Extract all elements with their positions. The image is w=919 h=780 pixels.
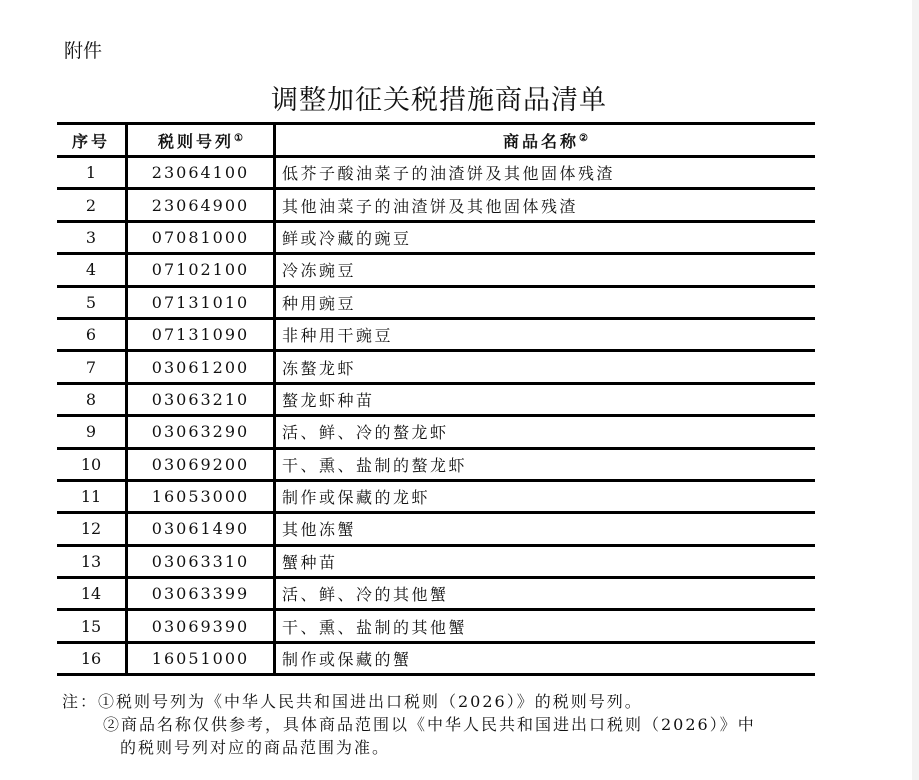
scrollbar-track[interactable] bbox=[912, 0, 919, 780]
cell-code: 23064100 bbox=[127, 157, 275, 189]
cell-no: 3 bbox=[57, 221, 127, 253]
cell-no: 11 bbox=[57, 480, 127, 512]
cell-name: 活、鲜、冷的螯龙虾 bbox=[275, 416, 816, 448]
table-row: 1403063399活、鲜、冷的其他蟹 bbox=[57, 578, 815, 610]
table-row: 1116053000制作或保藏的龙虾 bbox=[57, 480, 815, 512]
table-row: 307081000鲜或冷藏的豌豆 bbox=[57, 221, 815, 253]
cell-name: 干、熏、盐制的其他蟹 bbox=[275, 610, 816, 642]
cell-name: 蟹种苗 bbox=[275, 545, 816, 577]
table-row: 1503069390干、熏、盐制的其他蟹 bbox=[57, 610, 815, 642]
cell-no: 2 bbox=[57, 189, 127, 221]
cell-name: 其他油菜子的油渣饼及其他固体残渣 bbox=[275, 189, 816, 221]
cell-name: 螯龙虾种苗 bbox=[275, 383, 816, 415]
cell-code: 03063399 bbox=[127, 578, 275, 610]
cell-no: 16 bbox=[57, 642, 127, 674]
cell-code: 07131090 bbox=[127, 318, 275, 350]
footnote-2-continued: 的税则号列对应的商品范围为准。 bbox=[62, 736, 756, 759]
cell-name: 低芥子酸油菜子的油渣饼及其他固体残渣 bbox=[275, 157, 816, 189]
cell-no: 10 bbox=[57, 448, 127, 480]
cell-name: 制作或保藏的蟹 bbox=[275, 642, 816, 674]
cell-code: 07102100 bbox=[127, 254, 275, 286]
cell-no: 4 bbox=[57, 254, 127, 286]
footnote-mark-1: ① bbox=[234, 133, 243, 144]
cell-name: 冻螯龙虾 bbox=[275, 351, 816, 383]
footnote-2: ②商品名称仅供参考，具体商品范围以《中华人民共和国进出口税则（2026）》中 bbox=[62, 713, 756, 736]
cell-code: 03063310 bbox=[127, 545, 275, 577]
cell-no: 6 bbox=[57, 318, 127, 350]
cell-no: 15 bbox=[57, 610, 127, 642]
cell-no: 5 bbox=[57, 286, 127, 318]
header-name-label: 商品名称 bbox=[503, 132, 579, 151]
cell-code: 03061200 bbox=[127, 351, 275, 383]
cell-code: 03063210 bbox=[127, 383, 275, 415]
footnote-mark-2: ② bbox=[579, 133, 588, 144]
table-row: 1616051000制作或保藏的蟹 bbox=[57, 642, 815, 674]
header-code-label: 税则号列 bbox=[158, 132, 234, 151]
table-row: 607131090非种用干豌豆 bbox=[57, 318, 815, 350]
table-row: 703061200冻螯龙虾 bbox=[57, 351, 815, 383]
table-row: 1003069200干、熏、盐制的螯龙虾 bbox=[57, 448, 815, 480]
cell-name: 制作或保藏的龙虾 bbox=[275, 480, 816, 512]
table-row: 1203061490其他冻蟹 bbox=[57, 513, 815, 545]
cell-name: 非种用干豌豆 bbox=[275, 318, 816, 350]
header-no: 序号 bbox=[57, 124, 127, 157]
cell-code: 03069390 bbox=[127, 610, 275, 642]
cell-name: 其他冻蟹 bbox=[275, 513, 816, 545]
cell-no: 9 bbox=[57, 416, 127, 448]
cell-no: 14 bbox=[57, 578, 127, 610]
table-row: 223064900其他油菜子的油渣饼及其他固体残渣 bbox=[57, 189, 815, 221]
table-row: 903063290活、鲜、冷的螯龙虾 bbox=[57, 416, 815, 448]
attachment-label: 附件 bbox=[64, 36, 102, 63]
cell-no: 8 bbox=[57, 383, 127, 415]
footnote-1: 注：①税则号列为《中华人民共和国进出口税则（2026）》的税则号列。 bbox=[62, 690, 756, 713]
table-row: 1303063310蟹种苗 bbox=[57, 545, 815, 577]
table-row: 123064100低芥子酸油菜子的油渣饼及其他固体残渣 bbox=[57, 157, 815, 189]
header-name: 商品名称② bbox=[275, 124, 816, 157]
cell-code: 16053000 bbox=[127, 480, 275, 512]
cell-no: 7 bbox=[57, 351, 127, 383]
cell-code: 03063290 bbox=[127, 416, 275, 448]
cell-name: 冷冻豌豆 bbox=[275, 254, 816, 286]
document-title-text: 调整加征关税措施商品清单 bbox=[271, 78, 607, 117]
cell-no: 13 bbox=[57, 545, 127, 577]
cell-code: 16051000 bbox=[127, 642, 275, 674]
footnotes: 注：①税则号列为《中华人民共和国进出口税则（2026）》的税则号列。 ②商品名称… bbox=[62, 690, 756, 759]
cell-name: 鲜或冷藏的豌豆 bbox=[275, 221, 816, 253]
table-row: 803063210螯龙虾种苗 bbox=[57, 383, 815, 415]
header-code: 税则号列① bbox=[127, 124, 275, 157]
cell-code: 07131010 bbox=[127, 286, 275, 318]
cell-name: 干、熏、盐制的螯龙虾 bbox=[275, 448, 816, 480]
cell-no: 1 bbox=[57, 157, 127, 189]
cell-name: 种用豌豆 bbox=[275, 286, 816, 318]
cell-code: 07081000 bbox=[127, 221, 275, 253]
document-title: 调整加征关税措施商品清单 bbox=[0, 78, 878, 117]
cell-code: 03069200 bbox=[127, 448, 275, 480]
goods-table: 序号 税则号列① 商品名称② 123064100低芥子酸油菜子的油渣饼及其他固体… bbox=[57, 122, 815, 676]
cell-code: 03061490 bbox=[127, 513, 275, 545]
cell-code: 23064900 bbox=[127, 189, 275, 221]
table-header-row: 序号 税则号列① 商品名称② bbox=[57, 124, 815, 157]
header-no-label: 序号 bbox=[72, 132, 110, 151]
table-row: 407102100冷冻豌豆 bbox=[57, 254, 815, 286]
table-row: 507131010种用豌豆 bbox=[57, 286, 815, 318]
cell-no: 12 bbox=[57, 513, 127, 545]
cell-name: 活、鲜、冷的其他蟹 bbox=[275, 578, 816, 610]
